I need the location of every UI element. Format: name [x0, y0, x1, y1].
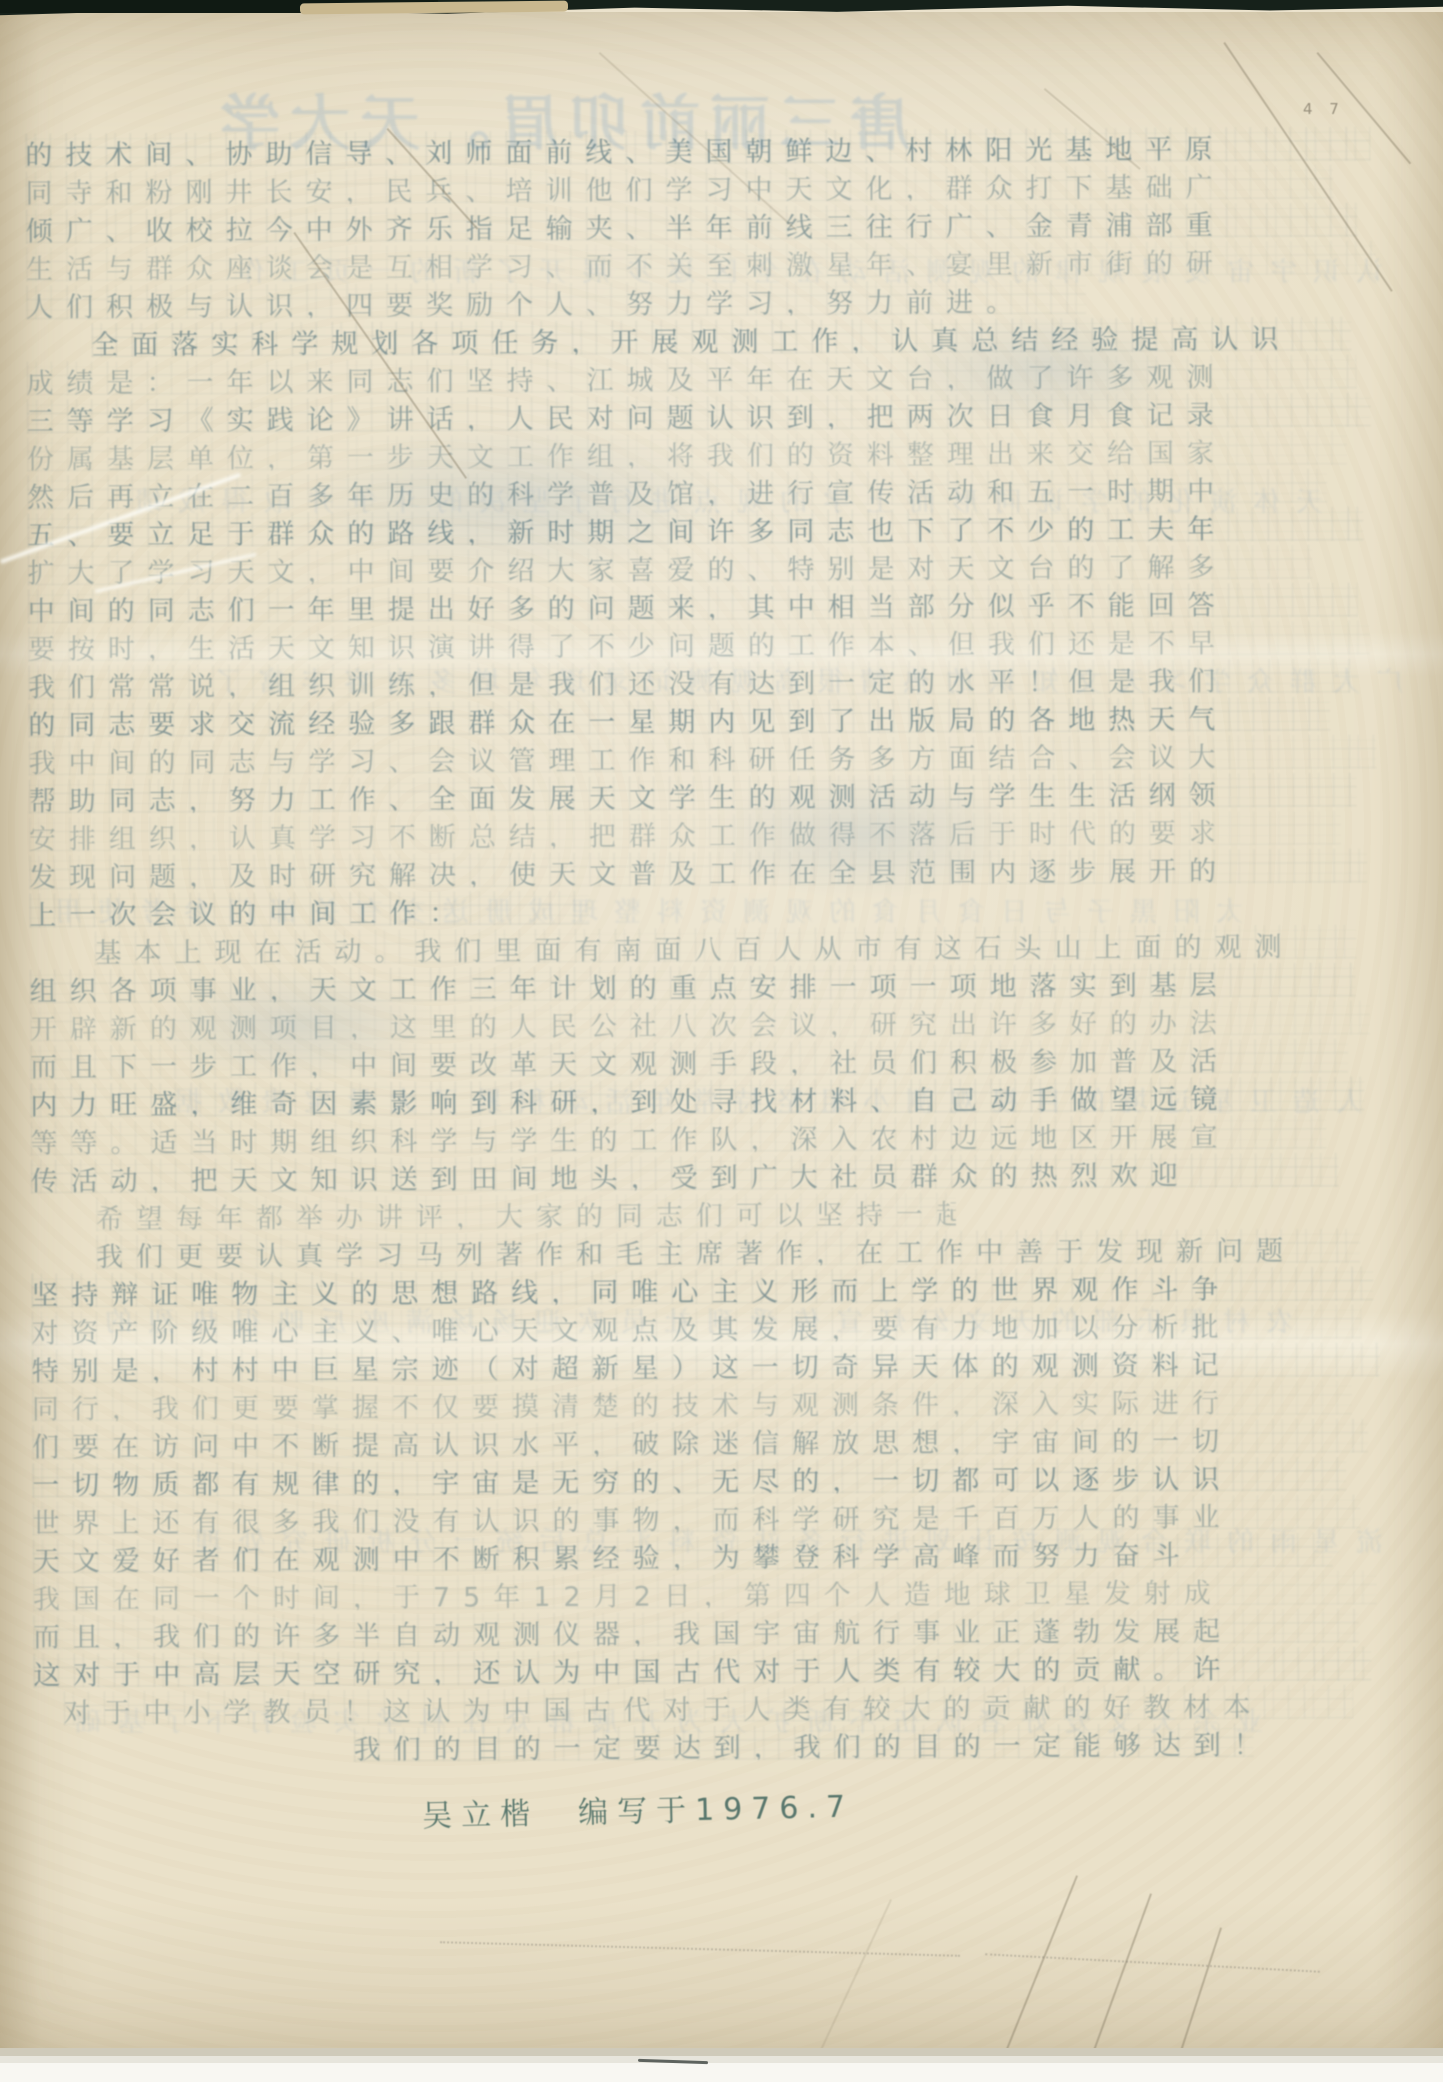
scanned-document-page: 唐三丽前卯眉。天大学 认识宇宙发展规律的观测活动在全区逐步展开了新的一页工作天体…: [0, 0, 1443, 2082]
text-line: 传活动，把天文知识送到田间地头，受到广大社员群众的热烈欢迎: [31, 1153, 1339, 1194]
text-line: 同行，我们更要掌握不仅要摸清楚的技术与观测条件，深入实际进行: [32, 1381, 1352, 1422]
text-line: 这对于中高层天空研究，还认为中国古代对于人类有较大的贡献。许: [33, 1647, 1371, 1688]
text-line: 要按时，生活天文知识演讲得了不少问题的工作本、但我们还是不早: [28, 621, 1370, 662]
text-line: 世界上还有很多我们没有认识的事物，而科学研究是千百万人的事业: [32, 1495, 1360, 1536]
text-line: 基本上现在活动。我们里面有南面八百人从市有这石头山上面的观测: [94, 925, 1356, 966]
text-line: 开辟新的观测项目，这里的人民公社八次会议，研究出许多好的办法: [30, 1001, 1370, 1042]
text-line: 内力旺盛，维奇因素影响到科研，到处寻找材料、自己动手做望远镜: [30, 1077, 1364, 1118]
text-line: 特别是，村村中巨星宗迹（对超新星）这一切奇异天体的观测资料记: [32, 1343, 1380, 1384]
text-line: 我们的目的一定要达到，我们的目的一定能够达到！: [354, 1723, 1254, 1762]
text-line: 安排组织，认真学习不断总结，把群众工作做得不落后于时代的要求: [29, 811, 1341, 852]
text-line: 的技术间、协助信导、刘师面前线、美国朝鲜边、村林阳光基地平原: [25, 127, 1370, 168]
text-line: 上一次会议的中间工作：: [29, 891, 589, 928]
text-line: 的同志要求交流经验多跟群众在一星期内见到了出版局的各地热天气: [28, 697, 1330, 738]
text-line: 而且，我们的许多半自动观测仪器，我国宇宙航行事业正蓬勃发展起: [33, 1609, 1359, 1650]
text-line: 然后再立在二百多年历史的科学普及馆，进行宣传活动和五一时期中: [27, 469, 1327, 510]
text-line: 同寺和粉刚井长安，民兵、培训他们学习中天文化，群众打下基础广: [25, 165, 1333, 206]
text-line: 全面落实科学规划各项任务，开展观测工作，认真总结经验提高认识: [91, 317, 1351, 358]
text-line: 三等学习《实践论》讲话，人民对问题认识到，把两次日食月食记录: [27, 393, 1371, 434]
text-line: 坚持辩证唯物主义的思想路线，同唯心主义形而上学的世界观作斗争: [31, 1267, 1373, 1308]
text-line: 份属基层单位，第一步天文工作组，将我们的资料整理出来交给国家: [27, 431, 1347, 472]
text-line: 等等。适当时期组织科学与学生的工作队，深入农村边远地区开展宣: [30, 1115, 1326, 1156]
text-line: 我国在同一个时间，于75年12月2日，第四个人造地球卫星发射成: [33, 1571, 1377, 1612]
text-line: 人们积极与认识，四要奖励个人、努力学习，努力前进。: [26, 280, 1086, 320]
text-line: 对资产阶级唯心主义、唯心天文观点及其发展，要有力地加以分析批: [31, 1305, 1361, 1346]
text-line: 组织各项事业，天文工作三年计划的重点安排一项一项地落实到基层: [30, 963, 1356, 1004]
text-line: 成绩是：一年以来同志们坚持、江城及平年在天文台，做了许多观测: [26, 355, 1356, 396]
text-line: 天文爱好者们在观测中不断积累经验，为攀登科学高峰而努力奋斗: [33, 1533, 1333, 1574]
text-line: 五、要立足于群众的路线，新时期之间许多同志也下了不少的工夫年: [27, 507, 1363, 548]
text-line: 对于中小学教员！这认为中国古代对于人类有较大的贡献的好教材本: [63, 1685, 1353, 1726]
signature-line: 吴立楷 编写于1976.7: [422, 1782, 855, 1832]
text-line: 生活与群众座谈会是互相学习、而不关至刺激星年、宴里新市街的研: [26, 241, 1376, 282]
scan-bottom-edge: [0, 2048, 1443, 2082]
text-line: 扩大了学习天文，中间要介绍大家喜爱的、特别是对天文台的了解多: [27, 545, 1312, 586]
text-line: 我们常常说，组织训练，但是我们还没有达到一定的水平！但是我们: [28, 659, 1350, 700]
text-line: 我中间的同志与学习、会议管理工作和科研任务多方面结合、会议大: [28, 735, 1376, 776]
corner-pencil-note: 4 7: [1303, 100, 1345, 118]
handwritten-text-block: 吴立楷 编写于1976.7 的技术间、协助信导、刘师面前线、美国朝鲜边、村林阳光…: [0, 0, 1443, 2082]
text-line: 而且下一步工作，中间要改革天文观测手段，社员们积极参加普及活: [30, 1039, 1348, 1080]
text-line: 们要在访问中不断提高认识水平，破除迷信解放思想，宇宙间的一切: [32, 1419, 1368, 1460]
text-line: 倾广、收校拉今中外齐乐指足输夹、半年前线三往行广、金青浦部重: [26, 203, 1358, 244]
text-line: 中间的同志们一年里提出好多的问题来，其中相当部分似乎不能回答: [28, 583, 1358, 624]
text-line: 发现问题，及时研究解决，使天文普及工作在全县范围内逐步展开的: [29, 849, 1367, 890]
text-line: 一切物质都有规律的，宇宙是无穷的、无尽的，一切都可以逐步认识: [32, 1457, 1346, 1498]
text-line: 帮助同志，努力工作、全面发展天文学生的观测活动与学生生活纲领: [29, 773, 1357, 814]
text-line: 我们更要认真学习马列著作和毛主席著作，在工作中善于发现新问题: [96, 1229, 1360, 1270]
text-line: 希望每年都举办讲评，大家的同志们可以坚持一起: [96, 1193, 956, 1232]
